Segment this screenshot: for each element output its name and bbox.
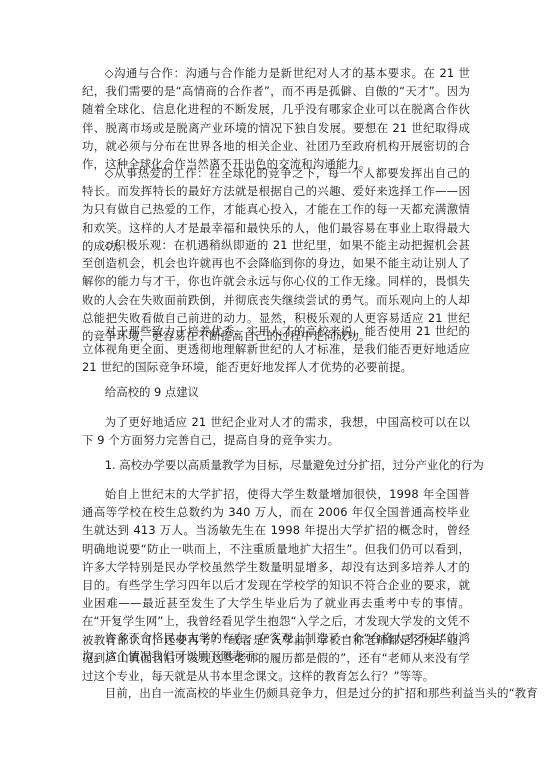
section-heading: 给高校的 9 点建议 xyxy=(82,383,199,401)
paragraph-intro: 为了更好地适应 21 世纪企业对人才的需求，我想，中国高校可以在以下 9 个方面… xyxy=(82,413,470,449)
item-1-title: 1. 高校办学要以高质量教学为目标，尽量避免过分扩招，过分产业化的行为 xyxy=(82,456,484,474)
paragraph-gap: 许多不合格民办大学的存在，在客观上制造了一个“合格人才不足”的鸿沟。这个情况我们… xyxy=(82,629,470,665)
paragraph-communication: ◇沟通与合作：沟通与合作能力是新世纪对人才的基本要求。在 21 世纪，我们需要的… xyxy=(82,64,470,173)
paragraph-current: 目前，出自一流高校的毕业生仍颇具竞争力，但是过分的扩招和那些利益当头的“教育 xyxy=(82,684,470,702)
paragraph-universities: 对于那些致力于培养优秀、实用人才的高校来说，能否使用 21 世纪的立体视角更全面… xyxy=(82,322,470,377)
